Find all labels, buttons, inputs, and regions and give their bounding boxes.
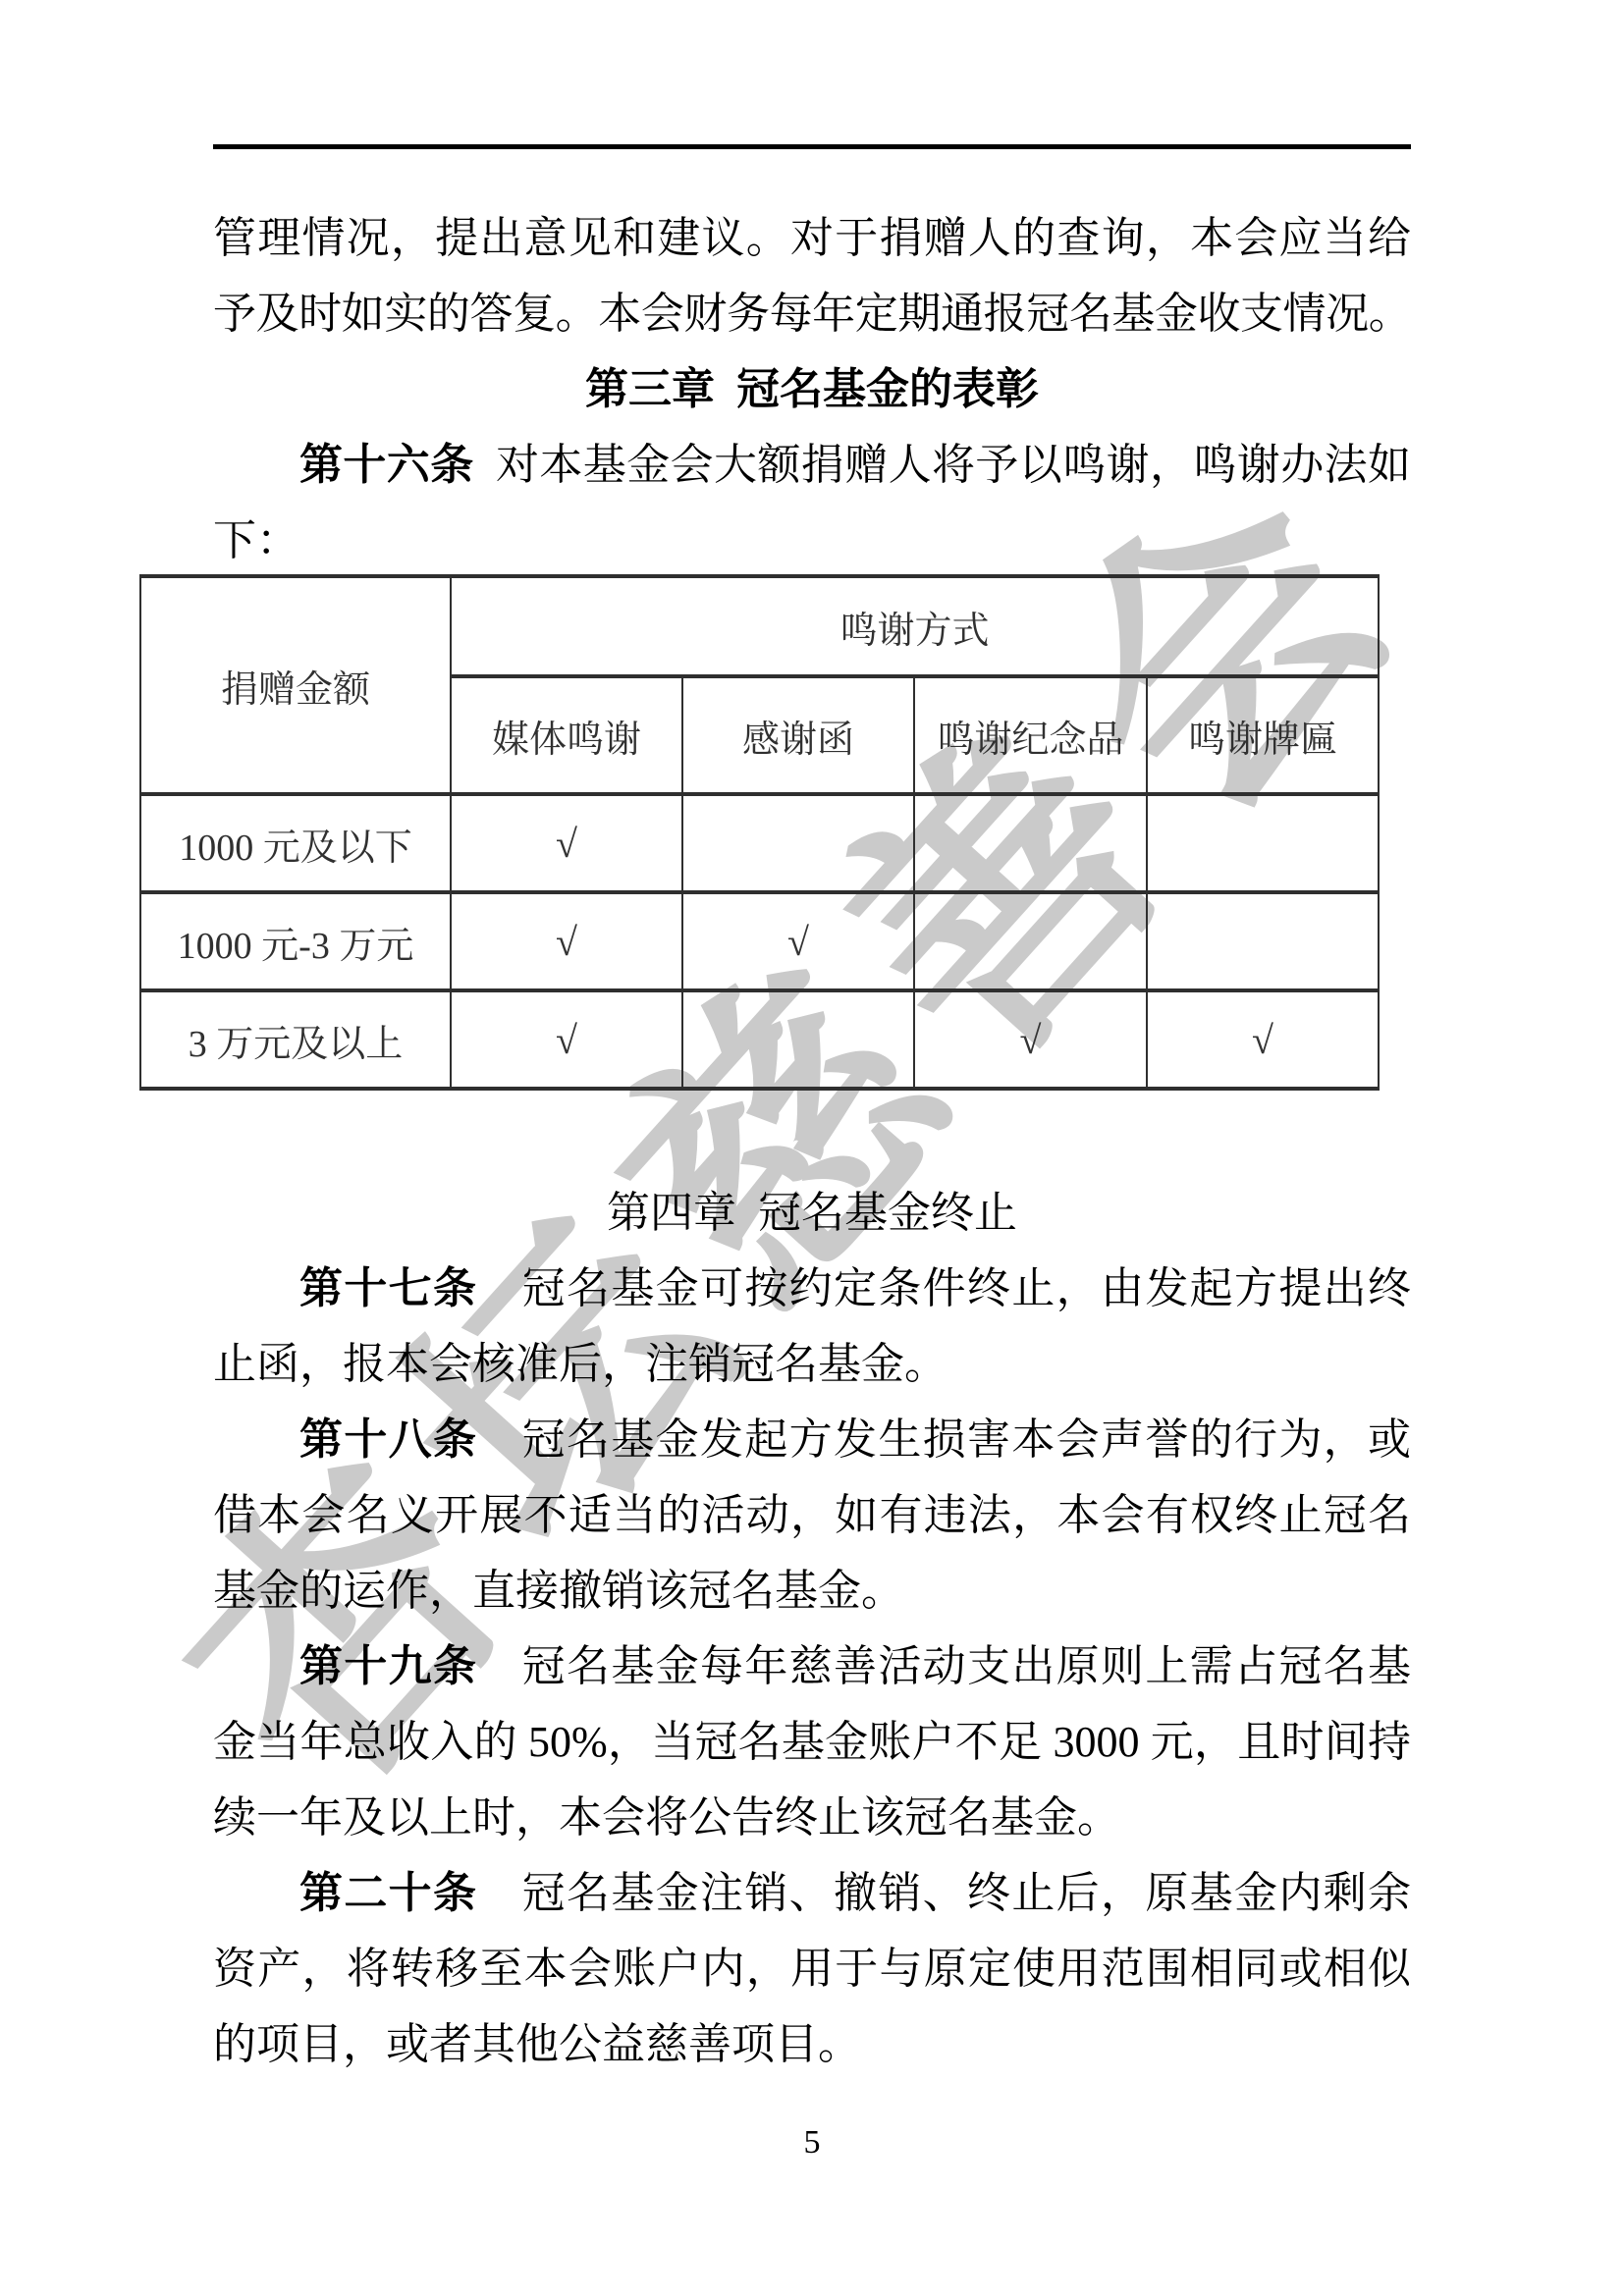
article18-line2: 借本会名义开展不适当的活动，如有违法，本会有权终止冠名 (213, 1477, 1411, 1553)
check-cell (1147, 892, 1379, 990)
amount-cell: 1000 元-3 万元 (140, 892, 451, 990)
donation-amount-header-cell: 捐赠金额 (140, 576, 451, 794)
amount-cell: 1000 元及以下 (140, 794, 451, 892)
article20-line1-text: 冠名基金注销、撤销、终止后，原基金内剩余 (477, 1869, 1411, 1917)
subheader-souvenir-cell: 鸣谢纪念品 (914, 676, 1147, 794)
check-cell (914, 892, 1147, 990)
chapter4-heading: 第四章 冠名基金终止 (213, 1175, 1411, 1251)
subheader-media-thanks-cell: 媒体鸣谢 (451, 676, 682, 794)
article19-line3: 续一年及以上时，本会将公告终止该冠名基金。 (213, 1780, 1411, 1855)
thanks-method-header-cell: 鸣谢方式 (451, 576, 1379, 676)
acknowledgement-table: 捐赠金额 鸣谢方式 媒体鸣谢 感谢函 鸣谢纪念品 鸣谢牌匾 1000 元及以下 … (139, 574, 1380, 1091)
table-row-1000-to-30000: 1000 元-3 万元 √ √ (140, 892, 1379, 990)
document-page: 杏坛慈善会 管理情况，提出意见和建议。对于捐赠人的查询，本会应当给 予及时如实的… (0, 0, 1624, 2296)
article16-number-label: 第十六条 (299, 441, 474, 489)
article16-line1: 第十六条 对本基金会大额捐赠人将予以鸣谢，鸣谢办法如 (213, 427, 1411, 503)
article18-line3: 基金的运作，直接撤销该冠名基金。 (213, 1553, 1411, 1629)
article20-number-label: 第二十条 (299, 1869, 477, 1917)
table-row-under-1000: 1000 元及以下 √ (140, 794, 1379, 892)
article18-number-label: 第十八条 (299, 1415, 477, 1464)
article17-line2: 止函，报本会核准后，注销冠名基金。 (213, 1326, 1411, 1402)
article17-line1-text: 冠名基金可按约定条件终止，由发起方提出终 (477, 1264, 1411, 1312)
page-number: 5 (213, 2121, 1411, 2164)
paragraph-continuation-line2: 予及时如实的答复。本会财务每年定期通报冠名基金收支情况。 (213, 276, 1411, 351)
article20-line3: 的项目，或者其他公益慈善项目。 (213, 2006, 1411, 2082)
check-cell: √ (451, 794, 682, 892)
table-row-over-30000: 3 万元及以上 √ √ √ (140, 990, 1379, 1089)
check-cell: √ (1147, 990, 1379, 1089)
header-rule (213, 144, 1411, 149)
article20-line1: 第二十条 冠名基金注销、撤销、终止后，原基金内剩余 (213, 1855, 1411, 1931)
subheader-plaque-cell: 鸣谢牌匾 (1147, 676, 1379, 794)
article18-line1: 第十八条 冠名基金发起方发生损害本会声誉的行为，或 (213, 1402, 1411, 1477)
check-cell (682, 990, 914, 1089)
subheader-thankyou-letter-cell: 感谢函 (682, 676, 914, 794)
check-cell: √ (682, 892, 914, 990)
paragraph-continuation-line1: 管理情况，提出意见和建议。对于捐赠人的查询，本会应当给 (213, 200, 1411, 276)
article19-line1-text: 冠名基金每年慈善活动支出原则上需占冠名基 (477, 1642, 1411, 1690)
amount-cell: 3 万元及以上 (140, 990, 451, 1089)
article17-line1: 第十七条 冠名基金可按约定条件终止，由发起方提出终 (213, 1251, 1411, 1326)
check-cell: √ (451, 892, 682, 990)
check-cell (1147, 794, 1379, 892)
article16-line1-text: 对本基金会大额捐赠人将予以鸣谢，鸣谢办法如 (474, 441, 1411, 489)
article16-line2: 下： (213, 503, 1411, 578)
article17-number-label: 第十七条 (299, 1264, 477, 1312)
article18-line1-text: 冠名基金发起方发生损害本会声誉的行为，或 (477, 1415, 1411, 1464)
check-cell (914, 794, 1147, 892)
check-cell: √ (451, 990, 682, 1089)
check-cell: √ (914, 990, 1147, 1089)
article20-line2: 资产，将转移至本会账户内，用于与原定使用范围相同或相似 (213, 1931, 1411, 2006)
chapter3-heading: 第三章 冠名基金的表彰 (213, 351, 1411, 427)
article19-line2: 金当年总收入的 50%，当冠名基金账户不足 3000 元，且时间持 (213, 1704, 1411, 1780)
table-group-header-row: 捐赠金额 鸣谢方式 (140, 576, 1379, 676)
content-area: 管理情况，提出意见和建议。对于捐赠人的查询，本会应当给 予及时如实的答复。本会财… (213, 200, 1411, 2082)
article19-line1: 第十九条 冠名基金每年慈善活动支出原则上需占冠名基 (213, 1629, 1411, 1704)
article19-number-label: 第十九条 (299, 1642, 477, 1690)
check-cell (682, 794, 914, 892)
